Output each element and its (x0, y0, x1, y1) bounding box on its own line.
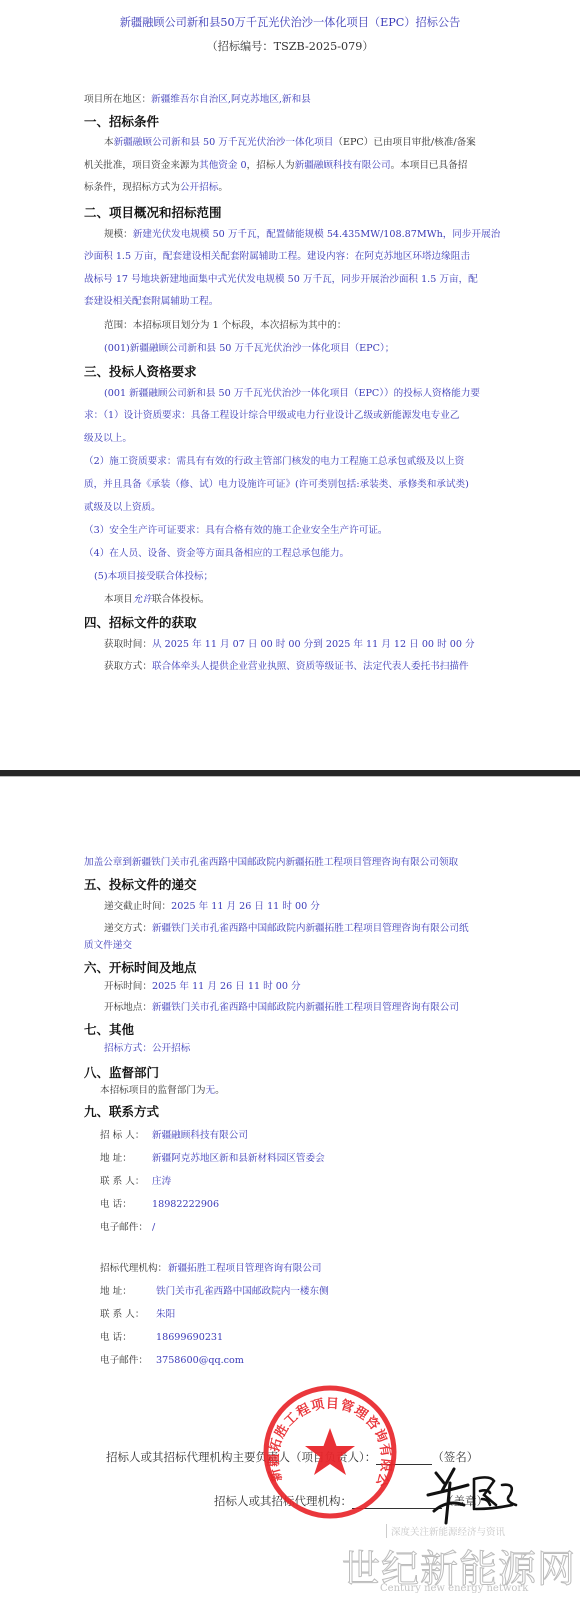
section-heading-4: 四、招标文件的获取 (84, 613, 197, 631)
document-page-1: 新疆融顾公司新和县50万千瓦光伏治沙一体化项目（EPC）招标公告 （招标编号：T… (0, 0, 580, 770)
s2-scale-line-4: 套建设相关配套附属辅助工程。 (84, 296, 218, 308)
s4-time-line: 获取时间：从 2025 年 11 月 07 日 00 时 00 分到 2025 … (104, 639, 475, 651)
page-separator (0, 770, 580, 777)
watermark-brand-en: Century new energy network (380, 1583, 528, 1594)
agency-phone-row: 电 话：18699690231 (100, 1332, 223, 1344)
s3-line-9: (5)本项目接受联合体投标； (94, 571, 213, 583)
section-heading-2: 二、项目概况和招标范围 (84, 203, 222, 221)
tenderer-phone-row: 电 话：18982222906 (100, 1199, 219, 1211)
s3-line-6: 贰级及以上资质。 (84, 502, 161, 514)
section-heading-8: 八、监督部门 (84, 1063, 159, 1081)
agency-name-row: 招标代理机构：新疆拓胜工程项目管理咨询有限公司 (100, 1263, 322, 1275)
region-value: 新疆维吾尔自治区,阿克苏地区,新和县 (151, 94, 311, 105)
agency-email-row: 电子邮件：3758600@qq.com (100, 1355, 244, 1367)
s3-line-7: （3）安全生产许可证要求：具有合格有效的施工企业安全生产许可证。 (84, 525, 388, 537)
s3-line-5: 质，并且具备《承装（修、试）电力设施许可证》(许可类别包括:承装类、承修类和承试… (84, 479, 469, 491)
watermark-tagline: 深度关注新能源经济与资讯 (386, 1524, 505, 1538)
tenderer-address-row: 地 址：新疆阿克苏地区新和县新材料园区管委会 (100, 1153, 325, 1165)
s3-line-3: 级及以上。 (84, 433, 132, 445)
document-title: 新疆融顾公司新和县50万千瓦光伏治沙一体化项目（EPC）招标公告 (0, 14, 580, 30)
s1-line-2: 机关批准，项目资金来源为其他资金 0，招标人为新疆融顾科技有限公司。本项目已具备… (84, 160, 467, 172)
tender-code: （招标编号：TSZB-2025-079） (0, 38, 580, 54)
s7-line: 招标方式：公开招标 (104, 1043, 190, 1055)
s5-deadline-line: 递交截止时间：2025 年 11 月 26 日 11 时 00 分 (104, 901, 320, 913)
s4-method-line: 获取方式：联合体牵头人提供企业营业执照、资质等级证书、法定代表人委托书扫描件 (104, 661, 469, 673)
s3-consortium-line: 本项目允许联合体投标。 (104, 594, 210, 606)
region-line: 项目所在地区：新疆维吾尔自治区,阿克苏地区,新和县 (84, 94, 311, 106)
s6-place-line: 开标地点：新疆铁门关市孔雀西路中国邮政院内新疆拓胜工程项目管理咨询有限公司 (104, 1002, 459, 1014)
section-heading-3: 三、投标人资格要求 (84, 362, 197, 380)
s1-line-1: 本新疆融顾公司新和县 50 万千瓦光伏治沙一体化项目（EPC）已由项目审批/核准… (104, 137, 476, 149)
company-seal-stamp: 新疆拓胜工程项目管理咨询有限公司 (262, 1384, 398, 1520)
s3-line-2: 求：（1）设计资质要求：具备工程设计综合甲级或电力行业设计乙级或新能源发电专业乙 (84, 410, 459, 422)
s2-scale-line-2: 沙面积 1.5 万亩，配套建设相关配套附属辅助工程。建设内容：在阿克苏地区环塔边… (84, 251, 470, 263)
section-heading-5: 五、投标文件的递交 (84, 875, 197, 893)
agency-address-row: 地 址：铁门关市孔雀西路中国邮政院内一楼东侧 (100, 1286, 329, 1298)
region-label: 项目所在地区： (84, 94, 151, 105)
s6-time-line: 开标时间：2025 年 11 月 26 日 11 时 00 分 (104, 981, 301, 993)
s3-line-4: （2）施工资质要求：需具有有效的行政主管部门核发的电力工程施工总承包贰级及以上资 (84, 456, 464, 468)
section-heading-6: 六、开标时间及地点 (84, 958, 197, 976)
s2-lot-line: (001)新疆融顾公司新和县 50 万千瓦光伏治沙一体化项目（EPC）； (104, 343, 394, 355)
agency-contact-row: 联 系 人：朱阳 (100, 1309, 175, 1321)
star-icon (305, 1428, 355, 1475)
handwritten-signature (424, 1465, 524, 1525)
s5-method-cont: 质文件递交 (84, 940, 132, 952)
s1-line-3: 标条件，现招标方式为公开招标。 (84, 182, 228, 194)
s2-scale-line-3: 战标号 17 号地块新建地面集中式光伏发电规模 50 万千瓦，同步开展治沙面积 … (84, 274, 478, 286)
tenderer-name-row: 招 标 人：新疆融顾科技有限公司 (100, 1130, 248, 1142)
s2-scope-line: 范围：本招标项目划分为 1 个标段，本次招标为其中的： (104, 320, 346, 332)
s4-method-cont: 加盖公章到新疆铁门关市孔雀西路中国邮政院内新疆拓胜工程项目管理咨询有限公司领取 (84, 857, 458, 869)
section-heading-9: 九、联系方式 (84, 1102, 159, 1120)
s5-method-line: 递交方式：新疆铁门关市孔雀西路中国邮政院内新疆拓胜工程项目管理咨询有限公司纸 (104, 923, 469, 935)
s8-line: 本招标项目的监督部门为无。 (100, 1085, 225, 1097)
watermark: 深度关注新能源经济与资讯 世纪新能源网 Century new energy n… (340, 1520, 570, 1600)
section-heading-7: 七、其他 (84, 1020, 134, 1038)
s2-scale-line-1: 规模：新建光伏发电规模 50 万千瓦，配置储能规模 54.435MW/108.8… (104, 229, 500, 241)
tenderer-email-row: 电子邮件：/ (100, 1222, 155, 1234)
section-heading-1: 一、招标条件 (84, 112, 159, 130)
tenderer-contact-row: 联 系 人：庄涛 (100, 1176, 171, 1188)
s3-line-1: (001 新疆融顾公司新和县 50 万千瓦光伏治沙一体化项目（EPC））的投标人… (104, 388, 480, 400)
s3-line-8: （4）在人员、设备、资金等方面具备相应的工程总承包能力。 (84, 548, 349, 560)
